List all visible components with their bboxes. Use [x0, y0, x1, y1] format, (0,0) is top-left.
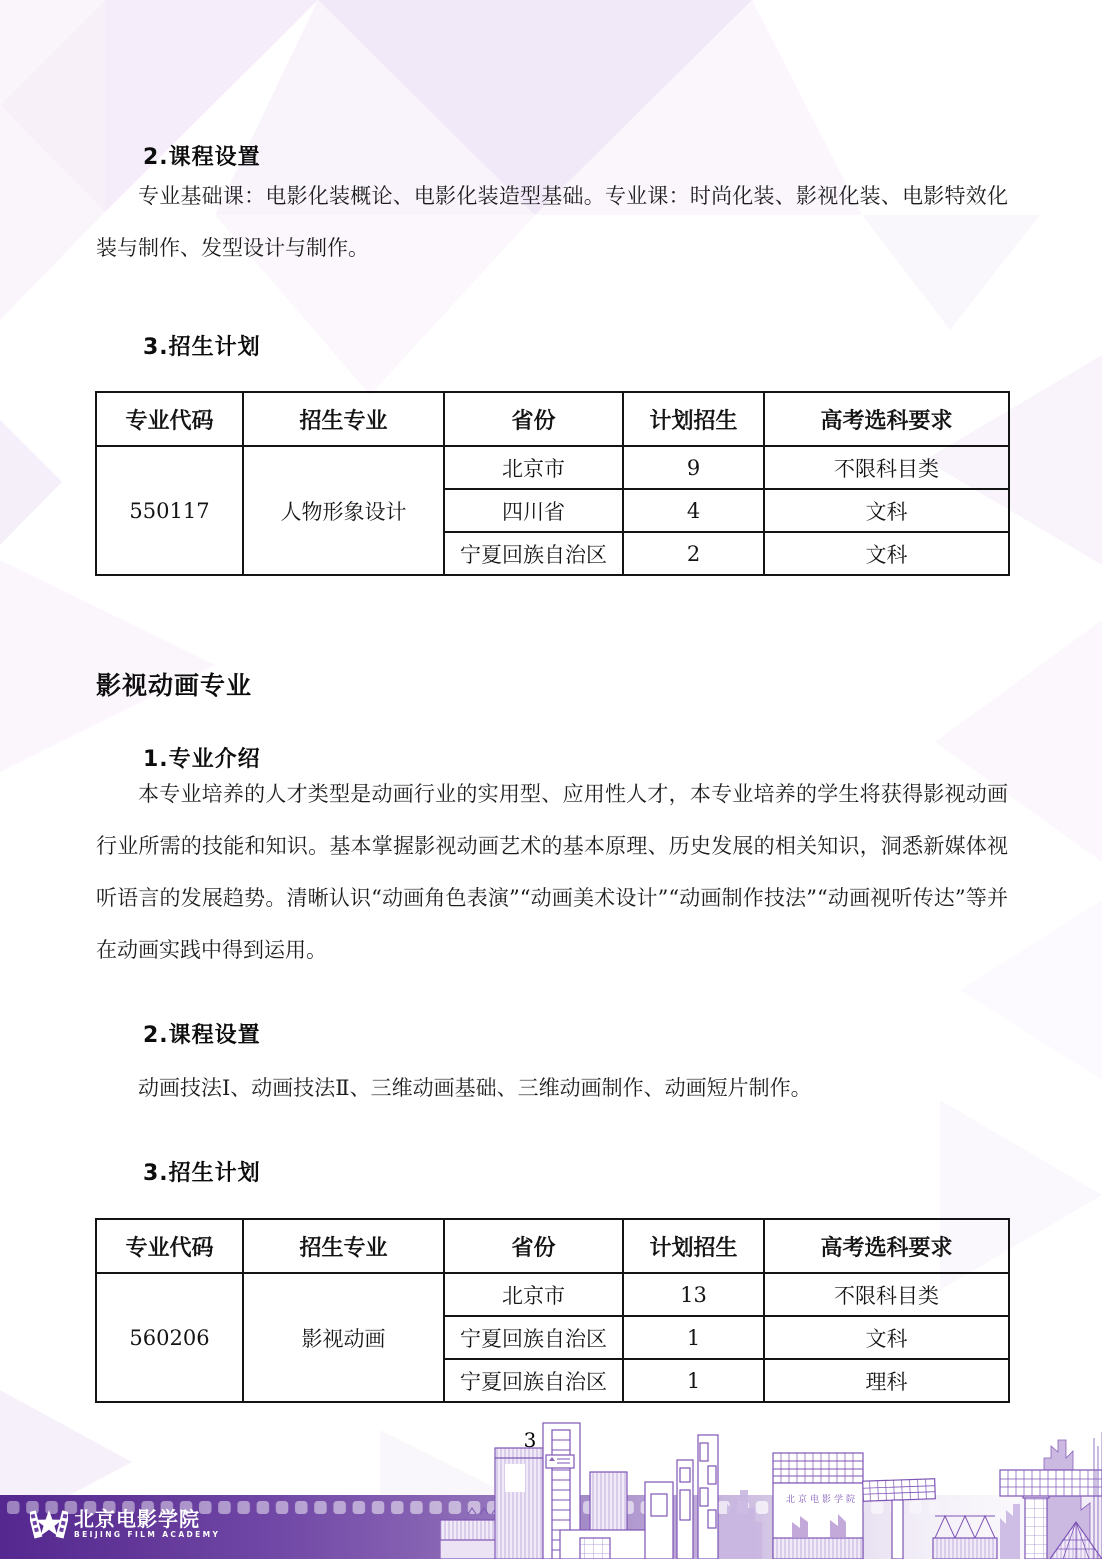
major-code-cell: 560206: [96, 1273, 243, 1402]
col-header-code: 专业代码: [96, 1219, 243, 1273]
requirement-cell: 文科: [764, 1316, 1009, 1359]
bfa-logo: 北京电影学院 BEIJING FILM ACADEMY: [30, 1508, 220, 1540]
bg-triangle: [0, 0, 105, 212]
col-header-major: 招生专业: [243, 1219, 444, 1273]
animation-plan-heading: 3.招生计划: [143, 1156, 261, 1187]
makeup-plan-table: 专业代码 招生专业 省份 计划招生 高考选科要求 550117 人物形象设计 北…: [95, 391, 1010, 576]
requirement-cell: 不限科目类: [764, 1273, 1009, 1316]
province-cell: 四川省: [444, 489, 623, 532]
table-row: 550117 人物形象设计 北京市 9 不限科目类: [96, 446, 1009, 489]
col-header-quota: 计划招生: [623, 1219, 764, 1273]
col-header-quota: 计划招生: [623, 392, 764, 446]
major-code-cell: 550117: [96, 446, 243, 575]
table-header-row: 专业代码 招生专业 省份 计划招生 高考选科要求: [96, 392, 1009, 446]
building-sign-text: 北京电影学院: [786, 1493, 858, 1505]
province-cell: 宁夏回族自治区: [444, 1359, 623, 1402]
col-header-province: 省份: [444, 1219, 623, 1273]
province-cell: 北京市: [444, 1273, 623, 1316]
animation-course-paragraph: 动画技法Ⅰ、动画技法Ⅱ、三维动画基础、三维动画制作、动画短片制作。: [96, 1062, 1008, 1114]
col-header-province: 省份: [444, 392, 623, 446]
major-name-cell: 人物形象设计: [243, 446, 444, 575]
animation-course-heading: 2.课程设置: [143, 1018, 261, 1049]
quota-cell: 2: [623, 532, 764, 575]
col-header-requirement: 高考选科要求: [764, 1219, 1009, 1273]
requirement-cell: 理科: [764, 1359, 1009, 1402]
quota-cell: 13: [623, 1273, 764, 1316]
table-header-row: 专业代码 招生专业 省份 计划招生 高考选科要求: [96, 1219, 1009, 1273]
col-header-code: 专业代码: [96, 392, 243, 446]
province-cell: 北京市: [444, 446, 623, 489]
bfa-logo-english: BEIJING FILM ACADEMY: [74, 1530, 220, 1540]
skyline-silhouette: [720, 1490, 762, 1559]
animation-plan-table: 专业代码 招生专业 省份 计划招生 高考选科要求 560206 影视动画 北京市…: [95, 1218, 1010, 1403]
makeup-course-paragraph: 专业基础课：电影化装概论、电影化装造型基础。专业课：时尚化装、影视化装、电影特效…: [96, 170, 1008, 274]
document-page: { "page": { "number": "3" }, "makeup_sec…: [0, 0, 1102, 1559]
table-row: 560206 影视动画 北京市 13 不限科目类: [96, 1273, 1009, 1316]
quota-cell: 9: [623, 446, 764, 489]
makeup-plan-heading: 3.招生计划: [143, 330, 261, 361]
province-cell: 宁夏回族自治区: [444, 532, 623, 575]
quota-cell: 1: [623, 1316, 764, 1359]
col-header-requirement: 高考选科要求: [764, 392, 1009, 446]
bg-triangle: [0, 0, 105, 105]
makeup-course-heading: 2.课程设置: [143, 140, 261, 171]
bfa-film-star-icon: [30, 1508, 68, 1540]
requirement-cell: 文科: [764, 532, 1009, 575]
quota-cell: 1: [623, 1359, 764, 1402]
bg-triangle: [0, 420, 62, 545]
bg-triangle: [0, 105, 105, 320]
city-skyline-illustration: 北京电影学院: [440, 1418, 1102, 1559]
animation-section-title: 影视动画专业: [96, 666, 252, 702]
requirement-cell: 不限科目类: [764, 446, 1009, 489]
animation-intro-paragraph: 本专业培养的人才类型是动画行业的实用型、应用性人才，本专业培养的学生将获得影视动…: [96, 768, 1008, 976]
requirement-cell: 文科: [764, 489, 1009, 532]
col-header-major: 招生专业: [243, 392, 444, 446]
quota-cell: 4: [623, 489, 764, 532]
province-cell: 宁夏回族自治区: [444, 1316, 623, 1359]
bfa-logo-chinese: 北京电影学院: [74, 1509, 220, 1530]
major-name-cell: 影视动画: [243, 1273, 444, 1402]
